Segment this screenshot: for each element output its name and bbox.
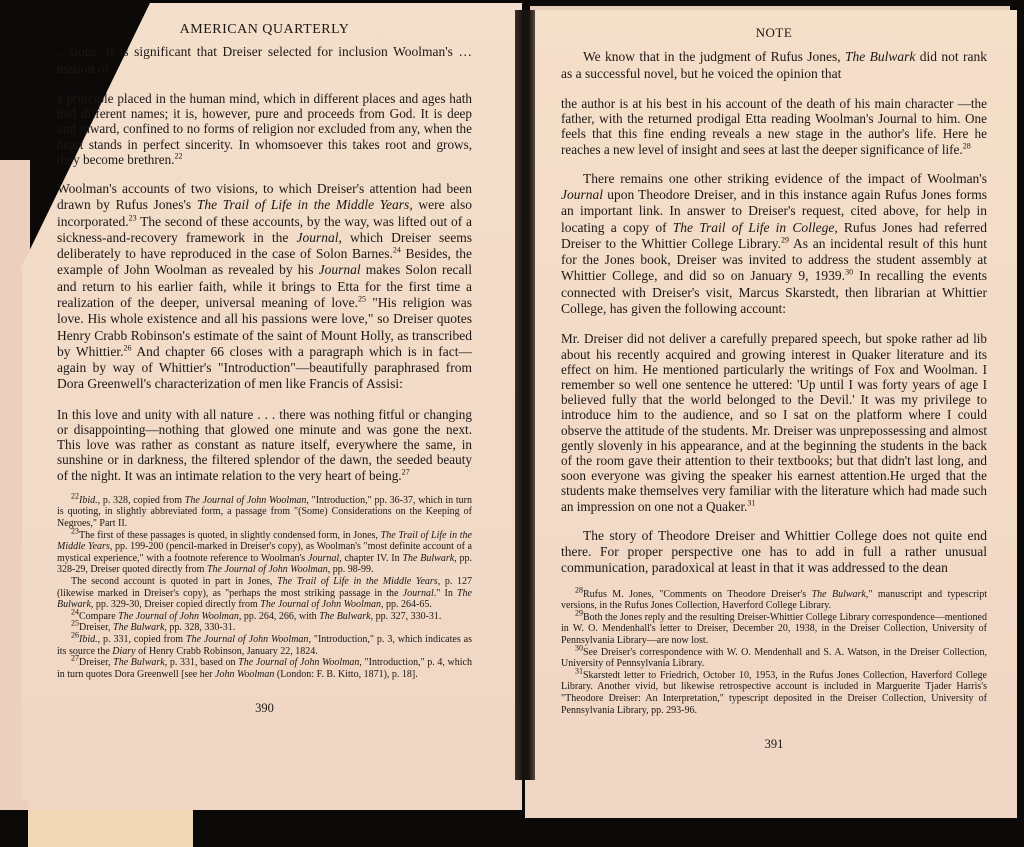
footnote: 31Skarstedt letter to Friedrich, October… <box>561 670 987 716</box>
footnote: 23The first of these passages is quoted,… <box>57 530 472 576</box>
footnote-number: 27 <box>71 654 79 663</box>
footnote-number: 30 <box>575 643 583 652</box>
footnote: 27Dreiser, The Bulwark, p. 331, based on… <box>57 657 472 680</box>
footnote-number: 28 <box>575 585 583 594</box>
footnote-ref[interactable]: 30 <box>845 268 853 277</box>
block-quote: Mr. Dreiser did not deliver a carefully … <box>561 331 987 513</box>
body-paragraph: We know that in the judgment of Rufus Jo… <box>561 49 987 82</box>
footnote-number: 23 <box>71 526 79 535</box>
footnote-number: 22 <box>71 491 79 500</box>
footnote: 25Dreiser, The Bulwark, pp. 328, 330-31. <box>57 622 472 634</box>
running-head: AMERICAN QUARTERLY <box>57 22 472 38</box>
footnote-number: 24 <box>71 607 79 616</box>
footnote-ref[interactable]: 29 <box>781 235 789 244</box>
block-quote: the author is at his best in his account… <box>561 96 987 157</box>
footnote: 24Compare The Journal of John Woolman, p… <box>57 611 472 623</box>
footnote: 30See Dreiser's correspondence with W. O… <box>561 647 987 670</box>
intro-line: …tions. It is significant that Dreiser s… <box>57 44 472 77</box>
footnote: 22Ibid., p. 328, copied from The Journal… <box>57 495 472 530</box>
footnote: 28Rufus M. Jones, "Comments on Theodore … <box>561 589 987 612</box>
footnote-ref[interactable]: 22 <box>175 151 183 160</box>
footnote-ref[interactable]: 27 <box>402 467 410 476</box>
book-spine-gutter <box>515 10 535 780</box>
block-quote: a principle placed in the human mind, wh… <box>57 91 472 167</box>
footnote: The second account is quoted in part in … <box>57 576 472 611</box>
footnotes: 22Ibid., p. 328, copied from The Journal… <box>57 495 472 681</box>
body-paragraph: Woolman's accounts of two visions, to wh… <box>57 181 472 393</box>
running-head: NOTE <box>561 25 987 41</box>
footnote-ref[interactable]: 28 <box>963 141 971 150</box>
footnote: 29Both the Jones reply and the resulting… <box>561 612 987 647</box>
footnote-ref[interactable]: 31 <box>747 498 755 507</box>
footnote-number: 25 <box>71 619 79 628</box>
page-number: 391 <box>561 736 987 752</box>
footnote-number: 29 <box>575 609 583 618</box>
footnote-ref[interactable]: 24 <box>393 246 401 255</box>
footnote-ref[interactable]: 23 <box>129 213 137 222</box>
footnote: 26Ibid., p. 331, copied from The Journal… <box>57 634 472 657</box>
body-paragraph: There remains one other striking evidenc… <box>561 171 987 318</box>
page-number: 390 <box>57 700 472 716</box>
footnote-number: 26 <box>71 631 79 640</box>
footnotes: 28Rufus M. Jones, "Comments on Theodore … <box>561 589 987 717</box>
footnote-ref[interactable]: 25 <box>358 294 366 303</box>
left-page-text: AMERICAN QUARTERLY …tions. It is signifi… <box>57 22 472 717</box>
body-paragraph: The story of Theodore Dreiser and Whitti… <box>561 528 987 577</box>
block-quote: In this love and unity with all nature .… <box>57 407 472 483</box>
right-page-text: NOTE We know that in the judgment of Ruf… <box>561 25 987 753</box>
footnote-number: 31 <box>575 667 583 676</box>
